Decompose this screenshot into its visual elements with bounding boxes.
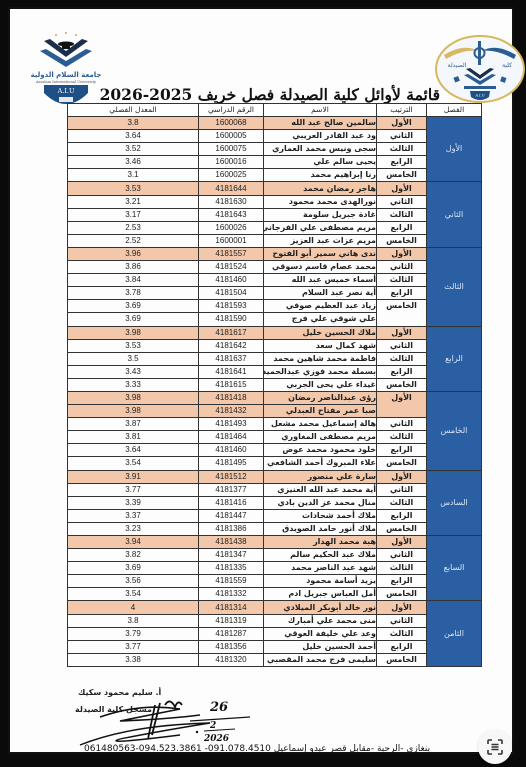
id-cell: 4181644 (199, 182, 264, 195)
rank-cell: الخامس (377, 653, 427, 666)
table-row: الثانيملاك عبد الحكيم سالم41813473.82 (68, 549, 482, 562)
id-cell: 4181356 (199, 640, 264, 653)
table-row: السابعالأولهبة محمد الهدار41814383.94 (68, 536, 482, 549)
table-row: الثالثأسماء خميس عبد الله41814603.84 (68, 274, 482, 287)
id-cell: 4181637 (199, 352, 264, 365)
id-cell: 4181590 (199, 313, 264, 326)
name-cell: يحيى سالم علي (264, 156, 377, 169)
header-name: الاسم (264, 104, 377, 117)
table-header-row: الفصل الترتيب الاسم الرقم الدراسي المعدل… (68, 104, 482, 117)
rank-cell: الثاني (377, 418, 427, 431)
name-cell: يزيد أسامة محمود (264, 575, 377, 588)
faculty-logo: الصيدلة كلية A.I.U (434, 33, 526, 105)
id-cell: 4181643 (199, 208, 264, 221)
id-cell: 4181314 (199, 601, 264, 614)
name-cell: أحمد الحسين خليل (264, 640, 377, 653)
id-cell: 4181504 (199, 287, 264, 300)
id-cell: 1600068 (199, 117, 264, 130)
gpa-cell: 3.56 (68, 575, 199, 588)
gpa-cell: 3.98 (68, 405, 199, 418)
gpa-cell: 3.84 (68, 274, 199, 287)
table-row: الثالثسجى ونيس محمد العماري16000753.52 (68, 143, 482, 156)
table-row: الثانينورالهدى محمد محمود41816303.21 (68, 195, 482, 208)
name-cell: نور خالد أبوبكر الميلادي (264, 601, 377, 614)
table-row: الثالثمريم مصطفى المغاوري41814643.81 (68, 431, 482, 444)
name-cell: هبة محمد الهدار (264, 536, 377, 549)
id-cell: 4181347 (199, 549, 264, 562)
gpa-cell: 3.98 (68, 391, 199, 404)
rank-cell: الخامس (377, 169, 427, 182)
id-cell: 4181460 (199, 274, 264, 287)
id-cell: 4181493 (199, 418, 264, 431)
name-cell: محمد عصام قاسم دسوقي (264, 261, 377, 274)
section-label: الثالث (427, 247, 482, 326)
rank-cell: الثالث (377, 352, 427, 365)
gpa-cell: 3.23 (68, 522, 199, 535)
name-cell: ملاك أحمد شحادات (264, 509, 377, 522)
gpa-cell: 3.69 (68, 562, 199, 575)
id-cell: 4181438 (199, 536, 264, 549)
rank-cell: الثالث (377, 274, 427, 287)
name-cell: غيداء علي يحى الجربي (264, 378, 377, 391)
table-row: الخامسمريم عزات عبد العزيز16000012.52 (68, 234, 482, 247)
rank-cell: الثالث (377, 143, 427, 156)
rank-cell: الرابع (377, 287, 427, 300)
id-cell: 4181432 (199, 405, 264, 418)
name-cell: ملاك أنور حامد الصويدق (264, 522, 377, 535)
document-page: جامعة السلام الدولية Assalam Internation… (8, 7, 514, 754)
gpa-cell: 3.77 (68, 640, 199, 653)
table-row: الرابعيحيى سالم علي16000163.46 (68, 156, 482, 169)
rank-cell: الثالث (377, 562, 427, 575)
table-row: الخامسعلاء المبروك أحمد الشافعي41814953.… (68, 457, 482, 470)
name-cell: فاطمة محمد شاهين محمد (264, 352, 377, 365)
gpa-cell: 2.52 (68, 234, 199, 247)
table-row: الثالثمنال محمد عز الدين بادي41814163.39 (68, 496, 482, 509)
rank-cell: الثاني (377, 339, 427, 352)
id-cell: 1600001 (199, 234, 264, 247)
rank-cell: الخامس (377, 378, 427, 391)
gpa-cell: 3.64 (68, 130, 199, 143)
name-cell: علاء المبروك أحمد الشافعي (264, 457, 377, 470)
name-cell: أسماء خميس عبد الله (264, 274, 377, 287)
rank-cell: الرابع (377, 365, 427, 378)
name-cell: أية محمد عبد الله العنيزي (264, 483, 377, 496)
name-cell: خلود محمود محمد عوض (264, 444, 377, 457)
svg-text:الصيدلة: الصيدلة (448, 62, 467, 69)
gpa-cell: 4 (68, 601, 199, 614)
rank-cell: الرابع (377, 156, 427, 169)
page-title: قائمة لأوائل كلية الصيدلة فصل خريف 2025-… (110, 85, 440, 104)
id-cell: 4181557 (199, 247, 264, 260)
table-row: الثالثالأولندى هاني سمير أبو الفتوح41815… (68, 247, 482, 260)
section-label: الثاني (427, 182, 482, 247)
name-cell: أمل العباس جبريل ادم (264, 588, 377, 601)
svg-text:A.I.U: A.I.U (57, 87, 75, 95)
id-cell: 4181464 (199, 431, 264, 444)
university-logo: جامعة السلام الدولية Assalam Internation… (24, 27, 108, 109)
id-cell: 4181377 (199, 483, 264, 496)
table-row: الثانيمحمد عصام قاسم دسوقي41815243.86 (68, 261, 482, 274)
gpa-cell: 3.91 (68, 470, 199, 483)
svg-text:2: 2 (209, 721, 216, 731)
table-row: الثالثفاطمة محمد شاهين محمد41816373.5 (68, 352, 482, 365)
gpa-cell: 3.21 (68, 195, 199, 208)
name-cell: رنا إبراهيم محمد (264, 169, 377, 182)
id-cell: 4181630 (199, 195, 264, 208)
svg-text:Assalam International Universi: Assalam International University (35, 80, 97, 84)
svg-text:A.I.U: A.I.U (474, 94, 484, 98)
id-cell: 1600005 (199, 130, 264, 143)
rank-cell: الأول (377, 470, 427, 483)
rank-cell: الثاني (377, 549, 427, 562)
id-cell: 4181617 (199, 326, 264, 339)
id-cell: 4181495 (199, 457, 264, 470)
rank-cell: الرابع (377, 509, 427, 522)
gpa-cell: 3.54 (68, 588, 199, 601)
text-scan-icon (486, 738, 504, 756)
name-cell: رؤى عبدالناصر رمضان (264, 391, 377, 404)
name-cell: سجى ونيس محمد العماري (264, 143, 377, 156)
table-row: الرابعمريم مصطفى علي الفرجاني16000262.53 (68, 221, 482, 234)
gpa-cell: 3.82 (68, 549, 199, 562)
rank-cell: الأول (377, 182, 427, 195)
gpa-cell: 3.64 (68, 444, 199, 457)
gpa-cell: 3.53 (68, 339, 199, 352)
rank-cell: الأول (377, 247, 427, 260)
name-cell: ملاك عبد الحكيم سالم (264, 549, 377, 562)
id-cell: 4181641 (199, 365, 264, 378)
table-row: الثالثوعد علي خليفة العوقي41812873.79 (68, 627, 482, 640)
top-students-table: الفصل الترتيب الاسم الرقم الدراسي المعدل… (67, 103, 482, 667)
svg-text:2026: 2026 (203, 734, 230, 744)
table-row: الخامسالأولرؤى عبدالناصر رمضان41814183.9… (68, 391, 482, 404)
id-cell: 4181460 (199, 444, 264, 457)
name-cell: ندى هاني سمير أبو الفتوح (264, 247, 377, 260)
table-row: الأولالأولسالمين صالح عبد الله16000683.8 (68, 117, 482, 130)
gpa-cell: 3.39 (68, 496, 199, 509)
rank-cell: الثاني (377, 130, 427, 143)
gpa-cell: 3.96 (68, 247, 199, 260)
table-row: الثانيأية محمد عبد الله العنيزي41813773.… (68, 483, 482, 496)
svg-text:26: 26 (209, 700, 228, 715)
id-cell: 4181512 (199, 470, 264, 483)
rank-cell: الثاني (377, 195, 427, 208)
id-cell: 4181319 (199, 614, 264, 627)
gpa-cell: 3.37 (68, 509, 199, 522)
header-section: الفصل (427, 104, 482, 117)
table-row: الخامسزياد عبد العظيم صوفي41815933.69 (68, 300, 482, 313)
id-cell: 4181335 (199, 562, 264, 575)
table-row: السادسالأولسارة علي منصور41815123.91 (68, 470, 482, 483)
id-cell: 4181447 (199, 509, 264, 522)
table-row: الثالثشهد عبد الناصر محمد41813353.69 (68, 562, 482, 575)
rank-cell: الخامس (377, 300, 427, 326)
name-cell: وعد علي خليفة العوقي (264, 627, 377, 640)
gpa-cell: 3.46 (68, 156, 199, 169)
table-row: الخامسملاك أنور حامد الصويدق41813863.23 (68, 522, 482, 535)
rank-cell: الثالث (377, 627, 427, 640)
name-cell: هالة إسماعيل محمد مشعل (264, 418, 377, 431)
table-row: الرابعيزيد أسامة محمود41815593.56 (68, 575, 482, 588)
header-rank: الترتيب (377, 104, 427, 117)
table-row: الثانيشهد كمال سعد41816423.53 (68, 339, 482, 352)
rank-cell: الخامس (377, 234, 427, 247)
name-cell: شهد كمال سعد (264, 339, 377, 352)
name-cell: أية نصر عبد السلام (264, 287, 377, 300)
name-cell: منى محمد علي أمبارك (264, 614, 377, 627)
gpa-cell: 3.87 (68, 418, 199, 431)
table-row: الثامنالأولنور خالد أبوبكر الميلادي41813… (68, 601, 482, 614)
section-label: السادس (427, 470, 482, 535)
name-cell: سليمى فرج محمد المقصبي (264, 653, 377, 666)
gpa-cell: 3.69 (68, 300, 199, 313)
id-cell: 4181287 (199, 627, 264, 640)
rank-cell: الخامس (377, 588, 427, 601)
table-row: الثانيمنى محمد علي أمبارك41813193.8 (68, 614, 482, 627)
section-label: الأول (427, 117, 482, 182)
rank-cell: الخامس (377, 522, 427, 535)
section-label: الثامن (427, 601, 482, 666)
gpa-cell: 3.38 (68, 653, 199, 666)
gpa-cell: 3.78 (68, 287, 199, 300)
rank-cell: الثالث (377, 208, 427, 221)
name-cell: زياد عبد العظيم صوفي (264, 300, 377, 313)
rank-cell: الرابع (377, 221, 427, 234)
name-cell: ملاك الحسين خليل (264, 326, 377, 339)
rank-cell: الرابع (377, 640, 427, 653)
svg-text:كلية: كلية (502, 62, 512, 69)
rank-cell: الأول (377, 536, 427, 549)
table-row: الخامسأمل العباس جبريل ادم41813323.54 (68, 588, 482, 601)
id-cell: 4181418 (199, 391, 264, 404)
rank-cell: الرابع (377, 575, 427, 588)
id-cell: 1600025 (199, 169, 264, 182)
name-cell: سالمين صالح عبد الله (264, 117, 377, 130)
svg-text:جامعة السلام الدولية: جامعة السلام الدولية (31, 71, 102, 79)
id-cell: 4181320 (199, 653, 264, 666)
table-row: الرابعالأولملاك الحسين خليل41816173.98 (68, 326, 482, 339)
id-cell: 4181416 (199, 496, 264, 509)
gpa-cell: 3.94 (68, 536, 199, 549)
table-row: الثالثغادة جبريل سلومة41816433.17 (68, 208, 482, 221)
gpa-cell: 3.8 (68, 117, 199, 130)
gpa-cell: 3.69 (68, 313, 199, 326)
rank-cell: الثاني (377, 614, 427, 627)
table-row: الثانيالأولهاجر رمضان محمد41816443.53 (68, 182, 482, 195)
gpa-cell: 2.53 (68, 221, 199, 234)
id-cell: 4181593 (199, 300, 264, 313)
header-gpa: المعدل الفصلي (68, 104, 199, 117)
gpa-cell: 3.5 (68, 352, 199, 365)
id-cell: 4181386 (199, 522, 264, 535)
name-cell: سارة علي منصور (264, 470, 377, 483)
name-cell: بسملة محمد فوزي عبدالحميد (264, 365, 377, 378)
section-label: الرابع (427, 326, 482, 391)
gpa-cell: 3.53 (68, 182, 199, 195)
rank-cell: الأول (377, 326, 427, 339)
section-label: الخامس (427, 391, 482, 470)
name-cell: هاجر رمضان محمد (264, 182, 377, 195)
rank-cell: الخامس (377, 457, 427, 470)
id-cell: 4181332 (199, 588, 264, 601)
rank-cell: الرابع (377, 444, 427, 457)
gpa-cell: 3.52 (68, 143, 199, 156)
gpa-cell: 3.81 (68, 431, 199, 444)
rank-cell: الثاني (377, 261, 427, 274)
table-body: الأولالأولسالمين صالح عبد الله16000683.8… (68, 117, 482, 667)
gpa-cell: 3.43 (68, 365, 199, 378)
name-cell: صبا عمر مفتاح العبدلي (264, 405, 377, 418)
table-row: الرابعخلود محمود محمد عوض41814603.64 (68, 444, 482, 457)
table-row: الرابعأحمد الحسين خليل41813563.77 (68, 640, 482, 653)
table-row: الرابعبسملة محمد فوزي عبدالحميد41816413.… (68, 365, 482, 378)
gpa-cell: 3.1 (68, 169, 199, 182)
name-cell: ود عبد القادر العريبي (264, 130, 377, 143)
rank-cell: الثالث (377, 431, 427, 444)
rank-cell: الثاني (377, 483, 427, 496)
table-row: الثانيود عبد القادر العريبي16000053.64 (68, 130, 482, 143)
gpa-cell: 3.98 (68, 326, 199, 339)
scan-text-button[interactable] (478, 730, 512, 764)
gpa-cell: 3.86 (68, 261, 199, 274)
gpa-cell: 3.8 (68, 614, 199, 627)
rank-cell: الثالث (377, 496, 427, 509)
rank-cell: الأول (377, 117, 427, 130)
gpa-cell: 3.33 (68, 378, 199, 391)
section-label: السابع (427, 536, 482, 601)
id-cell: 1600026 (199, 221, 264, 234)
footer-address: بنغازي -الرحبة -مقابل قصر عبدو إسماعيل 0… (84, 744, 430, 754)
gpa-cell: 3.77 (68, 483, 199, 496)
header-id: الرقم الدراسي (199, 104, 264, 117)
table-row: الخامسغيداء علي يحى الجربي41816153.33 (68, 378, 482, 391)
table-row: الخامسسليمى فرج محمد المقصبي41813203.38 (68, 653, 482, 666)
table-row: الخامسرنا إبراهيم محمد16000253.1 (68, 169, 482, 182)
name-cell: غادة جبريل سلومة (264, 208, 377, 221)
name-cell: مريم عزات عبد العزيز (264, 234, 377, 247)
id-cell: 4181615 (199, 378, 264, 391)
table-row: الرابعأية نصر عبد السلام41815043.78 (68, 287, 482, 300)
gpa-cell: 3.54 (68, 457, 199, 470)
rank-cell: الأول (377, 391, 427, 417)
gpa-cell: 3.17 (68, 208, 199, 221)
name-cell: علي شوقي علي فرج (264, 313, 377, 326)
gpa-cell: 3.79 (68, 627, 199, 640)
id-cell: 1600016 (199, 156, 264, 169)
name-cell: نورالهدى محمد محمود (264, 195, 377, 208)
name-cell: مريم مصطفى علي الفرجاني (264, 221, 377, 234)
name-cell: مريم مصطفى المغاوري (264, 431, 377, 444)
id-cell: 1600075 (199, 143, 264, 156)
id-cell: 4181524 (199, 261, 264, 274)
table-row: الثانيهالة إسماعيل محمد مشعل41814933.87 (68, 418, 482, 431)
name-cell: شهد عبد الناصر محمد (264, 562, 377, 575)
name-cell: منال محمد عز الدين بادي (264, 496, 377, 509)
table-row: الرابعملاك أحمد شحادات41814473.37 (68, 509, 482, 522)
id-cell: 4181559 (199, 575, 264, 588)
id-cell: 4181642 (199, 339, 264, 352)
rank-cell: الأول (377, 601, 427, 614)
